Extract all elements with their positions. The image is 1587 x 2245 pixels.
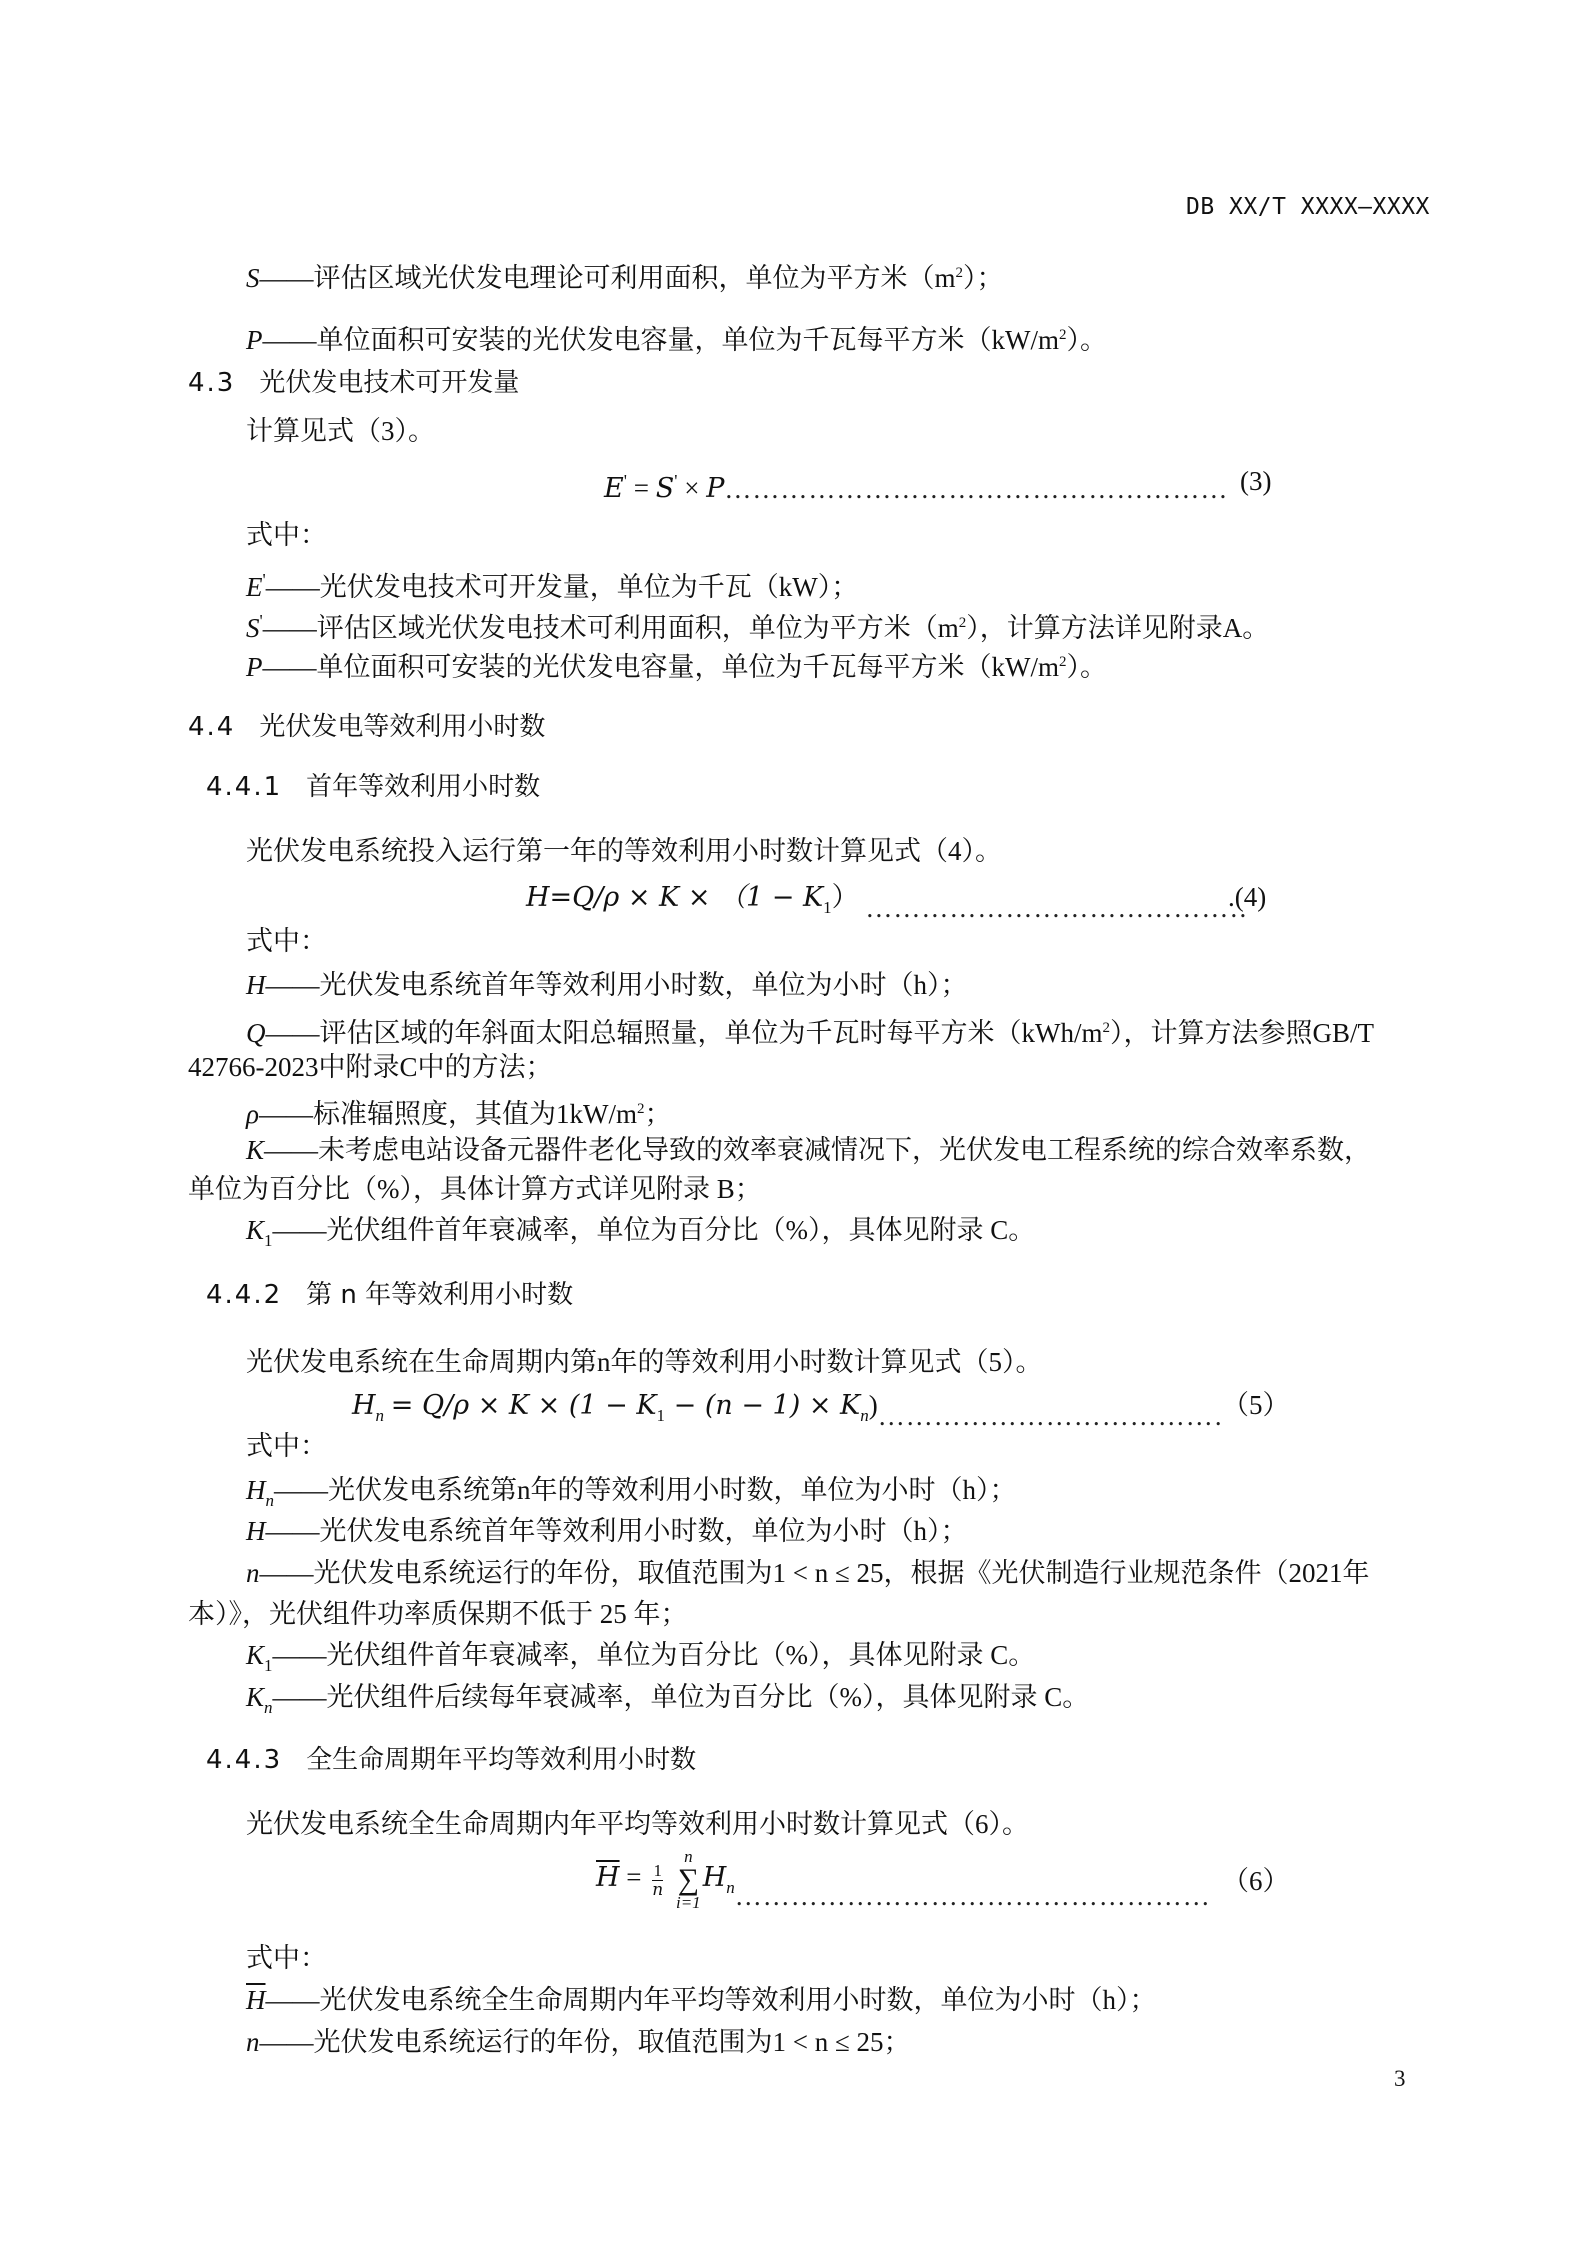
section-heading-4-4-3: 4.4.3全生命周期年平均等效利用小时数 — [206, 1743, 696, 1777]
where-label: 式中： — [246, 1429, 327, 1463]
symbol-S: S — [246, 263, 260, 293]
equation-number-6: （6） — [1222, 1864, 1290, 1898]
definition-Q-continued: 42766-2023中附录C中的方法； — [188, 1050, 553, 1084]
definition-H-2: H——光伏发电系统首年等效利用小时数，单位为小时（h）； — [246, 1514, 968, 1548]
equation-number-3: (3) — [1240, 464, 1271, 498]
symbol-P: P — [246, 325, 263, 355]
definition-S: S——评估区域光伏发电理论可利用面积，单位为平方米（m2）； — [246, 256, 1004, 295]
definition-K-continued: 单位为百分比（%），具体计算方式详见附录 B； — [188, 1172, 762, 1206]
equation-number-4: .(4) — [1228, 880, 1266, 914]
where-label: 式中： — [246, 1941, 327, 1975]
formula-3-intro: 计算见式（3）。 — [246, 414, 435, 448]
equation-number-5: （5） — [1222, 1388, 1290, 1422]
definition-H-bar: H——光伏发电系统全生命周期内年平均等效利用小时数，单位为小时（h）； — [246, 1983, 1157, 2017]
definition-S-prime: S'——评估区域光伏发电技术可利用面积，单位为平方米（m2），计算方法详见附录A… — [246, 604, 1269, 645]
document-code-header: DB XX/T XXXX—XXXX — [1186, 190, 1430, 224]
formula-3: E' = S' × P…………………………………………………………………………… — [604, 464, 1229, 506]
definition-n-continued: 本）》，光伏组件功率质保期不低于 25 年； — [188, 1597, 688, 1631]
formula-4-intro: 光伏发电系统投入运行第一年的等效利用小时数计算见式（4）。 — [246, 834, 1002, 868]
formula-6: H = 1n n∑i=1Hn……………………………………………………………………… — [596, 1848, 1213, 1912]
definition-K1: K1——光伏组件首年衰减率，单位为百分比（%），具体见附录 C。 — [246, 1213, 1035, 1258]
page-number: 3 — [1394, 2066, 1406, 2092]
section-heading-4-4-1: 4.4.1首年等效利用小时数 — [206, 770, 540, 804]
formula-5: Hn = Q/ρ × K × (1 − K1 − (n − 1) × Kn)……… — [352, 1388, 1223, 1433]
definition-K1-2: K1——光伏组件首年衰减率，单位为百分比（%），具体见附录 C。 — [246, 1638, 1035, 1683]
formula-5-intro: 光伏发电系统在生命周期内第n年的等效利用小时数计算见式（5）。 — [246, 1345, 1043, 1379]
section-heading-4-4-2: 4.4.2第 n 年等效利用小时数 — [206, 1278, 573, 1312]
definition-E-prime: E'——光伏发电技术可开发量，单位为千瓦（kW）； — [246, 563, 858, 604]
formula-4: H=Q/ρ × K × （1 − K1） …………………………………………………… — [526, 880, 1250, 925]
section-heading-4-4: 4.4光伏发电等效利用小时数 — [188, 710, 545, 744]
definition-P-2: P——单位面积可安装的光伏发电容量，单位为千瓦每平方米（kW/m2）。 — [246, 645, 1107, 684]
definition-n-2: n——光伏发电系统运行的年份，取值范围为1 < n ≤ 25； — [246, 2025, 911, 2059]
section-heading-4-3: 4.3光伏发电技术可开发量 — [188, 366, 519, 400]
definition-Kn: Kn——光伏组件后续每年衰减率，单位为百分比（%），具体见附录 C。 — [246, 1680, 1089, 1725]
definition-Hn: Hn——光伏发电系统第n年的等效利用小时数，单位为小时（h）； — [246, 1473, 1017, 1518]
where-label: 式中： — [246, 518, 327, 552]
definition-n: n——光伏发电系统运行的年份，取值范围为1 < n ≤ 25，根据《光伏制造行业… — [246, 1556, 1370, 1590]
formula-6-intro: 光伏发电系统全生命周期内年平均等效利用小时数计算见式（6）。 — [246, 1807, 1029, 1841]
definition-P: P——单位面积可安装的光伏发电容量，单位为千瓦每平方米（kW/m2）。 — [246, 318, 1107, 357]
definition-K: K——未考虑电站设备元器件老化导致的效率衰减情况下，光伏发电工程系统的综合效率系… — [246, 1133, 1371, 1167]
definition-H: H——光伏发电系统首年等效利用小时数，单位为小时（h）； — [246, 968, 968, 1002]
where-label: 式中： — [246, 924, 327, 958]
definition-rho: ρ——标准辐照度，其值为1kW/m2； — [246, 1092, 671, 1131]
definition-Q: Q——评估区域的年斜面太阳总辐照量，单位为千瓦时每平方米（kWh/m2），计算方… — [246, 1011, 1374, 1050]
